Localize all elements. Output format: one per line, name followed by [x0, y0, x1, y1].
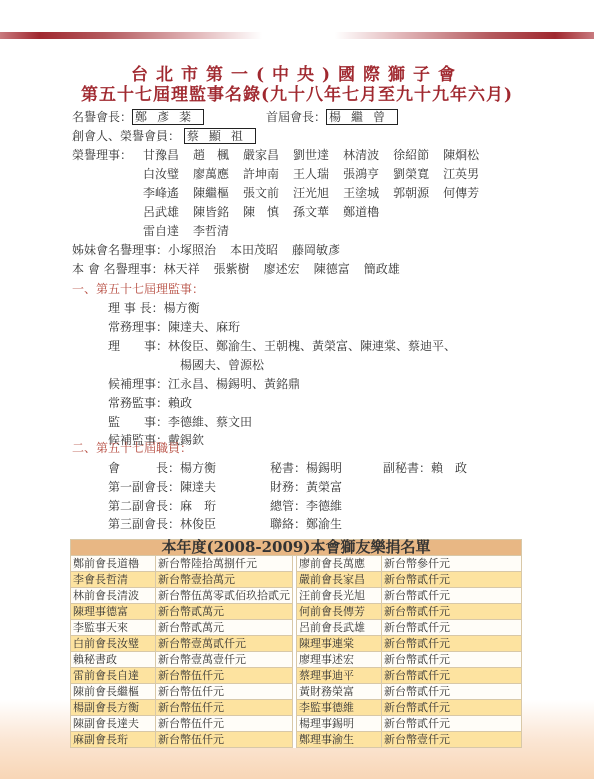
table-row: 陳理事德富新台幣貳萬元何前會長傳芳新台幣貳仟元 [71, 604, 522, 620]
donations-table: 本年度(2008-2009)本會獅友樂捐名單 鄭前會長道櫓新台幣陸拾萬捌仟元廖前… [70, 539, 522, 748]
decorative-bar-left [0, 32, 262, 39]
directors-row: 理 事：林俊臣、鄭渝生、王朝槐、黃榮富、陳連棠、蔡迪平、 [108, 338, 456, 355]
section-heading-directors: 一、第五十七屆理監事： [72, 281, 204, 298]
table-row: 陳前會長繼樞新台幣伍仟元黃財務榮富新台幣貳仟元 [71, 684, 522, 700]
officers-row: 第二副會長：麻 珩 [108, 498, 216, 515]
directors-row: 楊國夫、曾源松 [180, 357, 264, 374]
table-row: 陳副會長達夫新台幣伍仟元楊理事錫明新台幣貳仟元 [71, 716, 522, 732]
officers-row-col2: 聯絡：鄭渝生 [270, 516, 342, 533]
officers-row: 第一副會長：陳達夫 [108, 479, 216, 496]
directors-row: 常務監事：賴政 [108, 395, 192, 412]
officers-row-col2: 總管：李德維 [270, 498, 342, 515]
sister-club-line: 姊妹會名譽理事：小塚照治本田茂昭藤岡敏彥 [72, 242, 354, 259]
table-row: 麻副會長珩新台幣伍仟元鄭理事渝生新台幣壹仟元 [71, 732, 522, 748]
officers-row-col2: 財務：黃榮富 [270, 479, 342, 496]
directors-row: 監 事：李德維、蔡文田 [108, 414, 252, 431]
honorary-directors-row: 雷自達李哲清 [143, 223, 243, 240]
section-heading-officers: 二、第五十七屆職員： [72, 440, 192, 457]
table-row: 鄭前會長道櫓新台幣陸拾萬捌仟元廖前會長萬應新台幣參仟元 [71, 556, 522, 572]
table-row: 李監事天來新台幣貳萬元呂前會長武雄新台幣貳仟元 [71, 620, 522, 636]
honorary-directors-row: 呂武雄陳皆銘陳 慎孫文華鄭道櫓 [143, 204, 393, 221]
table-row: 雷前會長自達新台幣伍仟元蔡理事迪平新台幣貳仟元 [71, 668, 522, 684]
honorary-directors-row: 李峰遙陳繼樞張文前汪光旭王塗城郭朝源何傳芳 [143, 185, 493, 202]
directors-row: 候補理事：江永昌、楊錫明、黃銘鼎 [108, 376, 300, 393]
honorary-president-line: 名譽會長：鄭彥棻 [72, 109, 204, 126]
honorary-directors-label: 榮譽理事： [72, 147, 132, 164]
honorary-president-name: 鄭彥棻 [132, 109, 204, 125]
honorary-directors-row: 甘豫昌趙 楓嚴家昌劉世達林清波徐紹節陳烱松 [143, 147, 493, 164]
officers-row: 第三副會長：林俊臣 [108, 516, 216, 533]
honorary-directors-row: 白汝璧廖萬應許坤南王人瑞張鴻亨劉榮寬江英男 [143, 166, 493, 183]
first-president-line: 首屆會長：楊繼曾 [266, 109, 398, 126]
founder-name: 蔡顯祖 [184, 128, 256, 144]
donations-title: 本年度(2008-2009)本會獅友樂捐名單 [71, 540, 522, 556]
table-row: 林前會長清波新台幣伍萬零貳佰玖拾貳元汪前會長光旭新台幣貳仟元 [71, 588, 522, 604]
decorative-bar-right [335, 32, 594, 39]
table-row: 楊副會長方衡新台幣伍仟元李監事德維新台幣貳仟元 [71, 700, 522, 716]
founder-line: 創會人、榮譽會員： 蔡顯祖 [72, 128, 256, 145]
table-row: 賴秘書政新台幣壹萬壹仟元廖理事述宏新台幣貳仟元 [71, 652, 522, 668]
directors-row: 常務理事：陳達夫、麻珩 [108, 319, 240, 336]
directors-row: 理 事 長：楊方衡 [108, 300, 200, 317]
table-row: 白前會長汝璧新台幣壹萬貳仟元陳理事連棠新台幣貳仟元 [71, 636, 522, 652]
club-honorary-line: 本 會 名譽理事：林天祥張紫樹廖述宏陳德富簡政雄 [72, 261, 414, 278]
officers-row: 會 長：楊方衡 [108, 460, 216, 477]
table-row: 李會長哲清新台幣壹拾萬元嚴前會長家昌新台幣貳仟元 [71, 572, 522, 588]
page-subtitle: 第五十七屆理監事名錄(九十八年七月至九十九年六月) [0, 80, 594, 105]
officers-row-col2: 秘書：楊錫明 [270, 460, 342, 477]
officers-row-col3: 副秘書：賴 政 [383, 460, 467, 477]
first-president-name: 楊繼曾 [326, 109, 398, 125]
